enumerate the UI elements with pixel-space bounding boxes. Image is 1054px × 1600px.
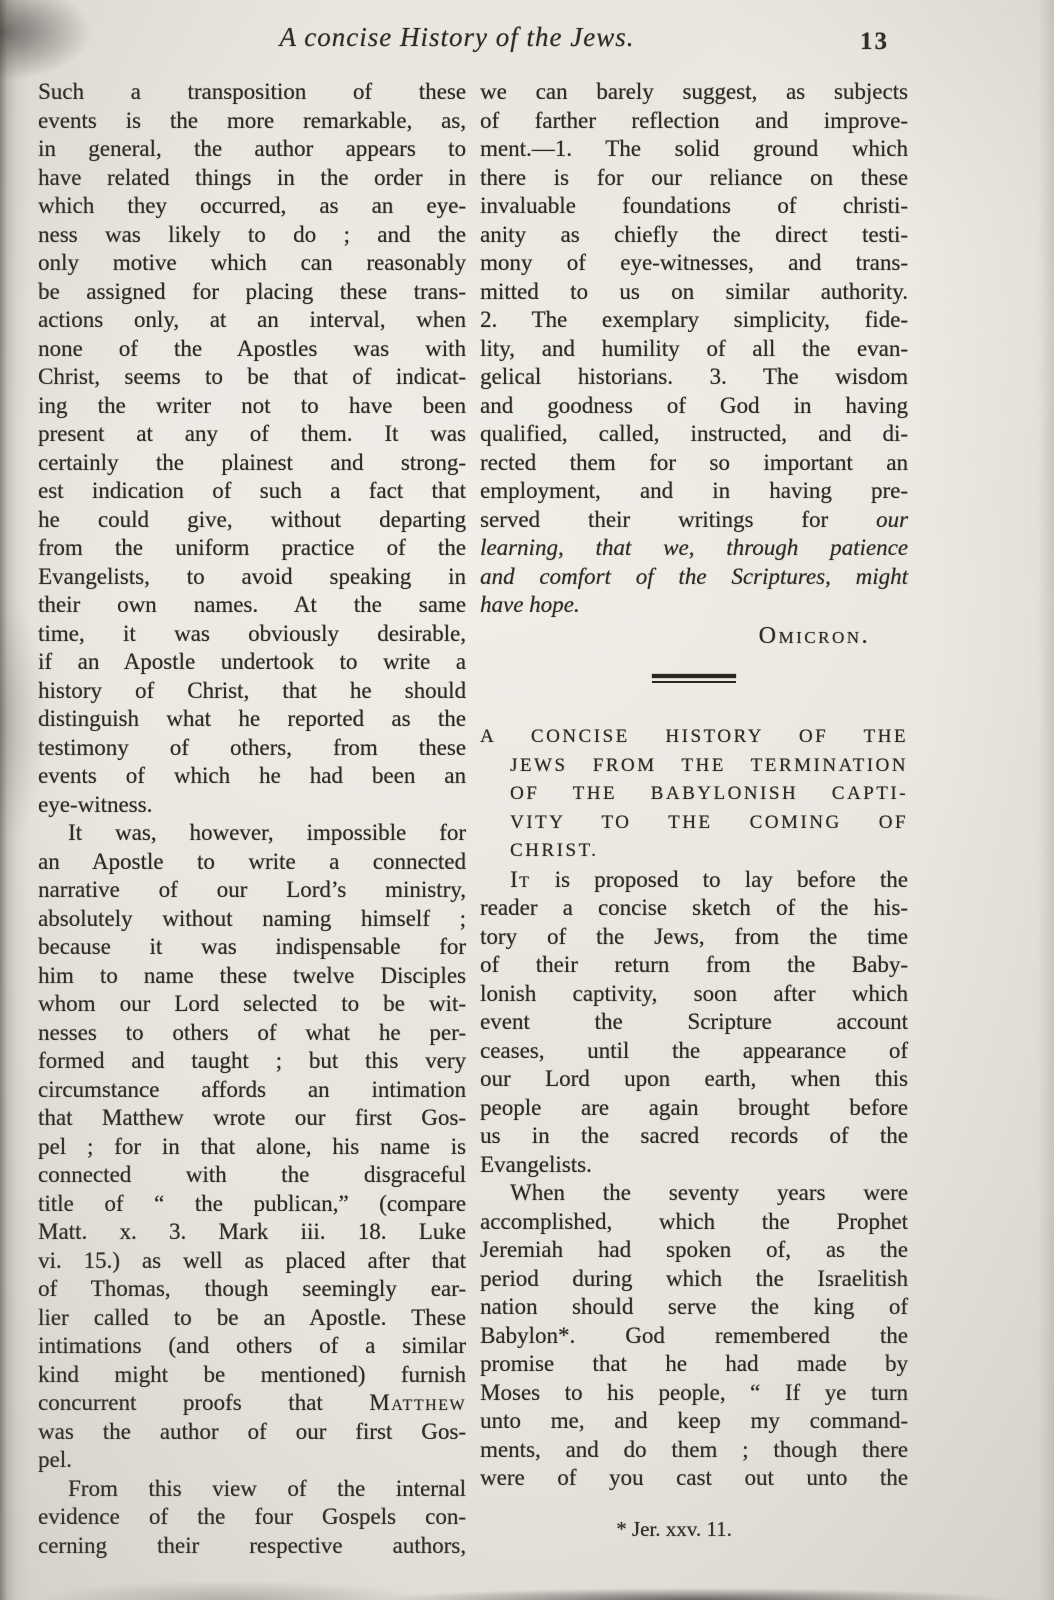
paragraph: It was, however, impossible foran Apostl… [38,819,466,1475]
text-segment: concurrent proofs that [38,1390,369,1415]
text-segment: mitted to us on similar authority. [480,279,908,304]
text-segment: CHRIST. [510,840,598,861]
text-segment: events is the more remarkable, as, [38,108,466,133]
left-column: Such a transposition of theseevents is t… [38,78,466,1560]
text-line: us in the sacred records of the [480,1122,908,1151]
text-segment: ceases, until the appearance of [480,1038,908,1063]
text-segment: 2. The exemplary simplicity, fide- [480,307,908,332]
text-line: formed and taught ; but this very [38,1047,466,1076]
text-line: intimations (and others of a similar [38,1332,466,1361]
text-line: and goodness of God in having [480,392,908,421]
text-line: certainly the plainest and strong- [38,449,466,478]
text-line: whom our Lord selected to be wit- [38,990,466,1019]
text-segment: distinguish what he reported as the [38,706,466,731]
text-segment: is proposed to lay before the [530,867,908,892]
text-line: lonish captivity, soon after which [480,980,908,1009]
text-segment: if an Apostle undertook to write a [38,649,466,674]
text-line: of Thomas, though seemingly ear- [38,1275,466,1304]
text-line: history of Christ, that he should [38,677,466,706]
paragraph: It is proposed to lay before thereader a… [480,866,908,1180]
text-line: mony of eye-witnesses, and trans- [480,249,908,278]
text-line: our Lord upon earth, when this [480,1065,908,1094]
text-line: Jeremiah had spoken of, as the [480,1236,908,1265]
text-line: JEWS FROM THE TERMINATION [480,752,908,781]
text-segment: our Lord upon earth, when this [480,1066,908,1091]
text-line: have hope. [480,591,908,620]
text-line: unto me, and keep my command- [480,1407,908,1436]
text-segment: It was, however, impossible for [68,820,466,845]
text-line: kind might be mentioned) furnish [38,1361,466,1390]
text-segment: unto me, and keep my command- [480,1408,908,1433]
text-segment: present at any of them. It was [38,421,466,446]
text-segment: there is for our reliance on these [480,165,908,190]
text-line: lity, and humility of all the evan- [480,335,908,364]
text-line: their own names. At the same [38,591,466,620]
text-line: anity as chiefly the direct testi- [480,221,908,250]
text-line: mitted to us on similar authority. [480,278,908,307]
text-segment: invaluable foundations of christi- [480,193,908,218]
text-segment: tory of the Jews, from the time [480,924,908,949]
text-line: events of which he had been an [38,762,466,791]
text-line: nesses to others of what he per- [38,1019,466,1048]
text-segment: narrative of our Lord’s ministry, [38,877,466,902]
text-line: accomplished, which the Prophet [480,1208,908,1237]
text-segment: Evangelists, to avoid speaking in [38,564,466,589]
text-segment: our [876,507,908,532]
text-line: served their writings for our [480,506,908,535]
text-segment: people are again brought before [480,1095,908,1120]
text-segment: employment, and in having pre- [480,478,908,503]
text-line: ing the writer not to have been [38,392,466,421]
text-segment: Christ, seems to be that of indicat- [38,364,466,389]
text-line: lier called to be an Apostle. These [38,1304,466,1333]
text-segment: ing the writer not to have been [38,393,466,418]
text-segment: actions only, at an interval, when [38,307,466,332]
text-line: an Apostle to write a connected [38,848,466,877]
paragraph: we can barely suggest, as subjectsof far… [480,78,908,620]
page-title: A concise History of the Jews. [0,22,914,53]
text-line: was the author of our first Gos- [38,1418,466,1447]
text-line: learning, that we, through patience [480,534,908,563]
paragraph: When the seventy years wereaccomplished,… [480,1179,908,1493]
text-segment: vi. 15.) as well as placed after that [38,1248,466,1273]
text-segment: anity as chiefly the direct testi- [480,222,908,247]
text-line: cerning their respective authors, [38,1532,466,1561]
divider-rule-thick [652,674,736,678]
text-line: him to name these twelve Disciples [38,962,466,991]
text-line: he could give, without departing [38,506,466,535]
text-segment: us in the sacred records of the [480,1123,908,1148]
text-line: qualified, called, instructed, and di- [480,420,908,449]
text-line: absolutely without naming himself ; [38,905,466,934]
text-segment: lity, and humility of all the evan- [480,336,908,361]
text-line: and comfort of the Scriptures, might [480,563,908,592]
text-segment: an Apostle to write a connected [38,849,466,874]
text-segment: lonish captivity, soon after which [480,981,908,1006]
text-line: Babylon*. God remembered the [480,1322,908,1351]
text-segment: kind might be mentioned) furnish [38,1362,466,1387]
text-line: From this view of the internal [38,1475,466,1504]
text-segment: testimony of others, from these [38,735,466,760]
text-segment: From this view of the internal [68,1476,466,1501]
text-segment: Jeremiah had spoken of, as the [480,1237,908,1262]
text-segment: Such a transposition of these [38,79,466,104]
text-segment: OF THE BABYLONISH CAPTI- [510,783,908,804]
text-line: It was, however, impossible for [38,819,466,848]
text-line: Matt. x. 3. Mark iii. 18. Luke [38,1218,466,1247]
text-segment: from the uniform practice of the [38,535,466,560]
text-line: pel ; for in that alone, his name is [38,1133,466,1162]
text-segment: he could give, without departing [38,507,466,532]
text-segment: pel ; for in that alone, his name is [38,1134,466,1159]
text-line: of their return from the Baby- [480,951,908,980]
text-line: circumstance affords an intimation [38,1076,466,1105]
text-segment: title of “ the publican,” (compare [38,1191,466,1216]
text-segment: of their return from the Baby- [480,952,908,977]
text-segment: certainly the plainest and strong- [38,450,466,475]
text-line: that Matthew wrote our first Gos- [38,1104,466,1133]
text-line: time, it was obviously desirable, [38,620,466,649]
paragraph: From this view of the internalevidence o… [38,1475,466,1561]
text-line: present at any of them. It was [38,420,466,449]
scanned-page: A concise History of the Jews. 13 Such a… [0,0,1054,1600]
text-segment: were of you cast out unto the [480,1465,908,1490]
text-line: none of the Apostles was with [38,335,466,364]
text-segment: ment.—1. The solid ground which [480,136,908,161]
text-line: if an Apostle undertook to write a [38,648,466,677]
text-line: est indication of such a fact that [38,477,466,506]
text-line: invaluable foundations of christi- [480,192,908,221]
text-segment: intimations (and others of a similar [38,1333,466,1358]
text-segment: we can barely suggest, as subjects [480,79,908,104]
text-segment: circumstance affords an intimation [38,1077,466,1102]
text-segment: accomplished, which the Prophet [480,1209,908,1234]
text-line: 2. The exemplary simplicity, fide- [480,306,908,335]
author-signature: Omicron. [480,622,908,651]
text-segment: Moses to his people, “ If ye turn [480,1380,908,1405]
text-line: OF THE BABYLONISH CAPTI- [480,780,908,809]
text-segment: that Matthew wrote our first Gos- [38,1105,466,1130]
text-segment: of Thomas, though seemingly ear- [38,1276,466,1301]
text-line: of farther reflection and improve- [480,107,908,136]
text-line: ceases, until the appearance of [480,1037,908,1066]
text-line: only motive which can reasonably [38,249,466,278]
text-line: eye-witness. [38,791,466,820]
text-segment: rected them for so important an [480,450,908,475]
text-segment: nesses to others of what he per- [38,1020,466,1045]
text-line: pel. [38,1446,466,1475]
text-line: reader a concise sketch of the his- [480,894,908,923]
text-segment: whom our Lord selected to be wit- [38,991,466,1016]
text-line: Evangelists, to avoid speaking in [38,563,466,592]
text-segment: none of the Apostles was with [38,336,466,361]
text-line: nation should serve the king of [480,1293,908,1322]
text-line: in general, the author appears to [38,135,466,164]
text-segment: period during which the Israelitish [480,1266,908,1291]
text-line: Such a transposition of these [38,78,466,107]
text-segment: have hope. [480,592,580,617]
text-line: connected with the disgraceful [38,1161,466,1190]
text-line: Evangelists. [480,1151,908,1180]
divider-rule-thin [652,681,736,683]
text-line: title of “ the publican,” (compare [38,1190,466,1219]
text-segment: and comfort of the Scriptures, might [480,564,908,589]
text-line: events is the more remarkable, as, [38,107,466,136]
text-segment: ness was likely to do ; and the [38,222,466,247]
text-segment: formed and taught ; but this very [38,1048,466,1073]
text-segment: time, it was obviously desirable, [38,621,466,646]
text-line: ment.—1. The solid ground which [480,135,908,164]
text-line: Christ, seems to be that of indicat- [38,363,466,392]
page-number: 13 [860,28,889,56]
text-line: Moses to his people, “ If ye turn [480,1379,908,1408]
text-segment: Evangelists. [480,1152,592,1177]
text-segment: A CONCISE HISTORY OF THE [480,726,908,747]
text-line: actions only, at an interval, when [38,306,466,335]
text-line: period during which the Israelitish [480,1265,908,1294]
text-segment: history of Christ, that he should [38,678,466,703]
text-segment: have related things in the order in [38,165,466,190]
text-line: we can barely suggest, as subjects [480,78,908,107]
text-line: because it was indispensable for [38,933,466,962]
text-line: be assigned for placing these trans- [38,278,466,307]
text-segment: JEWS FROM THE TERMINATION [510,755,908,776]
text-segment: connected with the disgraceful [38,1162,466,1187]
text-line: tory of the Jews, from the time [480,923,908,952]
text-segment: Matt. x. 3. Mark iii. 18. Luke [38,1219,466,1244]
text-line: CHRIST. [480,837,908,866]
text-segment: Matthew [369,1390,466,1415]
text-line: from the uniform practice of the [38,534,466,563]
text-segment: gelical historians. 3. The wisdom [480,364,908,389]
text-line: concurrent proofs that Matthew [38,1389,466,1418]
text-line: employment, and in having pre- [480,477,908,506]
section-divider [652,674,736,683]
text-segment: events of which he had been an [38,763,466,788]
text-line: vi. 15.) as well as placed after that [38,1247,466,1276]
text-line: promise that he had made by [480,1350,908,1379]
text-line: VITY TO THE COMING OF [480,809,908,838]
text-segment: be assigned for placing these trans- [38,279,466,304]
text-segment: pel. [38,1447,72,1472]
text-line: A CONCISE HISTORY OF THE [480,723,908,752]
text-segment: of farther reflection and improve- [480,108,908,133]
text-line: When the seventy years were [480,1179,908,1208]
text-segment: ments, and do them ; though there [480,1437,908,1462]
text-segment: eye-witness. [38,792,152,817]
text-line: distinguish what he reported as the [38,705,466,734]
text-segment: was the author of our first Gos- [38,1419,466,1444]
text-segment: promise that he had made by [480,1351,908,1376]
text-segment: mony of eye-witnesses, and trans- [480,250,908,275]
text-line: evidence of the four Gospels con- [38,1503,466,1532]
text-segment: nation should serve the king of [480,1294,908,1319]
text-segment: absolutely without naming himself ; [38,906,466,931]
text-segment: learning, that we, through patience [480,535,908,560]
article-heading: A CONCISE HISTORY OF THEJEWS FROM THE TE… [480,723,908,866]
text-segment: their own names. At the same [38,592,466,617]
text-segment: Babylon*. God remembered the [480,1323,908,1348]
text-line: testimony of others, from these [38,734,466,763]
text-line: rected them for so important an [480,449,908,478]
text-line: were of you cast out unto the [480,1464,908,1493]
text-segment: It [510,867,530,892]
text-line: which they occurred, as an eye- [38,192,466,221]
text-line: gelical historians. 3. The wisdom [480,363,908,392]
text-line: ments, and do them ; though there [480,1436,908,1465]
text-segment: served their writings for [480,507,876,532]
text-line: ness was likely to do ; and the [38,221,466,250]
text-segment: because it was indispensable for [38,934,466,959]
text-line: event the Scripture account [480,1008,908,1037]
text-segment: him to name these twelve Disciples [38,963,466,988]
text-segment: est indication of such a fact that [38,478,466,503]
text-line: people are again brought before [480,1094,908,1123]
text-segment: lier called to be an Apostle. These [38,1305,466,1330]
text-line: there is for our reliance on these [480,164,908,193]
text-line: narrative of our Lord’s ministry, [38,876,466,905]
text-segment: in general, the author appears to [38,136,466,161]
text-segment: and goodness of God in having [480,393,908,418]
right-column: we can barely suggest, as subjectsof far… [480,78,908,1543]
text-segment: VITY TO THE COMING OF [510,812,908,833]
text-line: It is proposed to lay before the [480,866,908,895]
text-line: have related things in the order in [38,164,466,193]
paragraph: Such a transposition of theseevents is t… [38,78,466,819]
text-segment: reader a concise sketch of the his- [480,895,908,920]
text-segment: When the seventy years were [510,1180,908,1205]
running-header: A concise History of the Jews. 13 [0,22,1054,62]
text-segment: cerning their respective authors, [38,1533,466,1558]
text-segment: which they occurred, as an eye- [38,193,466,218]
text-segment: evidence of the four Gospels con- [38,1504,466,1529]
text-segment: qualified, called, instructed, and di- [480,421,908,446]
footnote: * Jer. xxv. 11. [480,1515,908,1544]
text-segment: event the Scripture account [480,1009,908,1034]
text-segment: only motive which can reasonably [38,250,466,275]
